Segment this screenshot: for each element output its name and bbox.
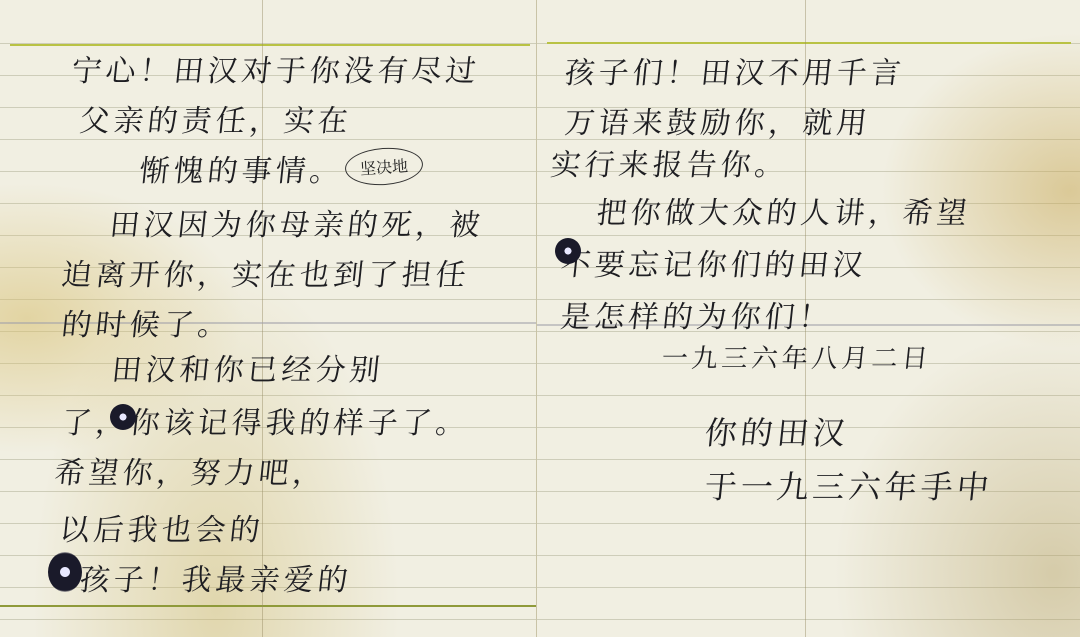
ink-blot bbox=[555, 238, 581, 264]
handwritten-line: 父亲的责任，实在 bbox=[78, 96, 355, 140]
signature-line: 你的田汉 bbox=[703, 408, 852, 454]
handwritten-line: 孩子！我最亲爱的 bbox=[78, 555, 355, 599]
handwritten-line: 万语来鼓励你，就用 bbox=[563, 98, 874, 142]
ink-blot bbox=[110, 404, 136, 430]
letter-left-page: 宁心！田汉对于你没有尽过 父亲的责任，实在 惭愧的事情。 坚决地 田汉因为你母亲… bbox=[0, 0, 540, 637]
annotation-bubble: 坚决地 bbox=[344, 145, 424, 187]
letter-right-page: 孩子们！田汉不用千言 万语来鼓励你，就用 实行来报告你。 把你做大众的人讲，希望… bbox=[536, 0, 1080, 637]
handwritten-line: 的时候了。 bbox=[60, 300, 235, 344]
handwritten-line: 以后我也会的 bbox=[58, 505, 267, 549]
handwritten-line: 是怎样的为你们！ bbox=[559, 292, 836, 336]
handwritten-line: 实行来报告你。 bbox=[549, 140, 792, 184]
handwritten-line: 孩子们！田汉不用千言 bbox=[563, 48, 908, 92]
handwritten-line: 田汉因为你母亲的死，被 bbox=[108, 200, 487, 244]
handwritten-line: 把你做大众的人讲，希望 bbox=[595, 188, 974, 232]
top-margin-rule bbox=[547, 42, 1071, 44]
handwritten-line: 惭愧的事情。 bbox=[138, 146, 347, 190]
handwritten-line: 迫离开你，实在也到了担任 bbox=[60, 250, 473, 294]
signature-line: 于一九三六年手中 bbox=[703, 462, 996, 508]
handwritten-line: 田汉和你已经分别 bbox=[110, 345, 387, 389]
handwritten-line: 不要忘记你们的田汉 bbox=[559, 240, 870, 284]
letter-date: 一九三六年八月二日 bbox=[660, 338, 934, 375]
ink-blot bbox=[48, 552, 82, 592]
handwritten-line: 希望你，努力吧， bbox=[53, 448, 330, 492]
bottom-margin-rule bbox=[0, 605, 540, 607]
handwritten-line: 宁心！田汉对于你没有尽过 bbox=[70, 46, 483, 90]
